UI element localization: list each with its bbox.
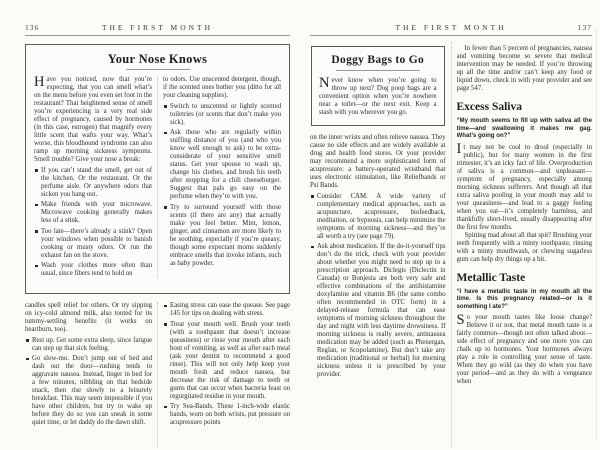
column-divider <box>451 42 452 448</box>
section-heading-excess-saliva: Excess Saliva <box>457 101 593 114</box>
nose-intro-text: ave you noticed, now that you’re expecti… <box>34 76 152 163</box>
nose-box-columns: Have you noticed, now that you’re expect… <box>34 76 281 278</box>
header-rule-left <box>25 35 290 36</box>
page-left: 136 THE FIRST MONTH Your Nose Knows Have… <box>25 0 290 450</box>
right-page-column-2: In fewer than 5 percent of pregnancies, … <box>457 42 593 448</box>
right-page-body-columns: Doggy Bags to Go Never know when you’re … <box>310 42 592 448</box>
page-number-left: 136 <box>25 23 51 32</box>
drop-cap: I <box>457 144 462 156</box>
nose-box-column-2: to odors. Use unscented detergent, thoug… <box>163 76 281 278</box>
left-page-column-2: Easing stress can ease the quease. See p… <box>163 302 290 448</box>
intro-paragraph: In fewer than 5 percent of pregnancies, … <box>457 45 593 93</box>
column-divider <box>157 302 158 448</box>
bullet-item: Switch to unscented or lightly scented t… <box>163 103 281 127</box>
answer-paragraph: It may not be cool to drool (especially … <box>457 144 593 232</box>
bullet-item: Too late—there’s already a stink? Open y… <box>34 228 152 260</box>
page-header-left: 136 THE FIRST MONTH <box>25 23 290 32</box>
drop-cap: H <box>34 77 44 89</box>
nose-intro-paragraph: Have you noticed, now that you’re expect… <box>34 76 152 164</box>
nose-box-title-rule <box>126 69 190 70</box>
section-heading-metallic-taste: Metallic Taste <box>457 272 593 285</box>
sidebar-box-your-nose-knows: Your Nose Knows Have you noticed, now th… <box>25 44 290 294</box>
continuation-paragraph: candles spell relief for others. Or try … <box>25 302 152 334</box>
nose-box-column-1: Have you noticed, now that you’re expect… <box>34 76 152 278</box>
bullet-item: Treat your mouth well. Brush your teeth … <box>163 321 290 401</box>
answer-text: t may not be cool to drool (especially i… <box>457 144 593 231</box>
answer-text: o your mouth tastes like loose change? B… <box>457 314 593 385</box>
page-number-right: 137 <box>566 23 592 32</box>
bullet-item: If you can’t stand the smell, get out of… <box>34 167 152 199</box>
answer-paragraph: So your mouth tastes like loose change? … <box>457 314 593 386</box>
drop-cap: S <box>457 315 465 327</box>
bullet-item: Try Sea-Bands. These 1-inch-wide elastic… <box>163 403 290 427</box>
bullet-item: Try to surround yourself with those scen… <box>163 204 281 268</box>
doggy-box-title-rule <box>336 70 420 71</box>
sidebar-box-doggy-bags: Doggy Bags to Go Never know when you’re … <box>311 46 445 126</box>
left-page-column-1: candles spell relief for others. Or try … <box>25 302 152 448</box>
continuation-paragraph: on the inner wrists and often relieve na… <box>310 134 446 190</box>
running-header-right: THE FIRST MONTH <box>336 23 566 32</box>
left-page-body-columns: candles spell relief for others. Or try … <box>25 302 290 448</box>
bullet-item: Make friends with your microwave. Microw… <box>34 201 152 225</box>
bullet-item: Wash your clothes more often than usual,… <box>34 262 152 278</box>
page-right: THE FIRST MONTH 137 Doggy Bags to Go Nev… <box>310 0 592 450</box>
nose-box-title: Your Nose Knows <box>34 52 281 66</box>
column-divider <box>157 76 158 278</box>
scan-edge-line <box>596 28 597 442</box>
right-page-column-1: Doggy Bags to Go Never know when you’re … <box>310 42 446 448</box>
bullet-item: Consider CAM. A wide variety of compleme… <box>310 193 446 241</box>
doggy-box-text: ever know when you’re going to throw up … <box>319 77 437 116</box>
bullet-item: Rest up. Get some extra sleep, since fat… <box>25 337 152 353</box>
header-rule-right <box>310 35 592 36</box>
running-header-left: THE FIRST MONTH <box>51 23 264 32</box>
doggy-box-title: Doggy Bags to Go <box>319 53 437 67</box>
answer-paragraph: Spitting mad about all that spit? Brushi… <box>457 232 593 264</box>
bullet-item: Ask those who are regularly within sniff… <box>163 129 281 201</box>
bullet-item: Go slow-mo. Don’t jump out of bed and da… <box>25 355 152 427</box>
bullet-item: Easing stress can ease the quease. See p… <box>163 302 290 318</box>
drop-cap: N <box>319 78 329 90</box>
question-quote: “I have a metallic taste in my mouth all… <box>457 288 593 311</box>
continuation-paragraph: to odors. Use unscented detergent, thoug… <box>163 76 281 100</box>
doggy-box-paragraph: Never know when you’re going to throw up… <box>319 77 437 117</box>
question-quote: “My mouth seems to fill up with saliva a… <box>457 117 593 140</box>
bullet-item: Ask about medication. If the do-it-yours… <box>310 243 446 379</box>
page-header-right: THE FIRST MONTH 137 <box>310 23 592 32</box>
